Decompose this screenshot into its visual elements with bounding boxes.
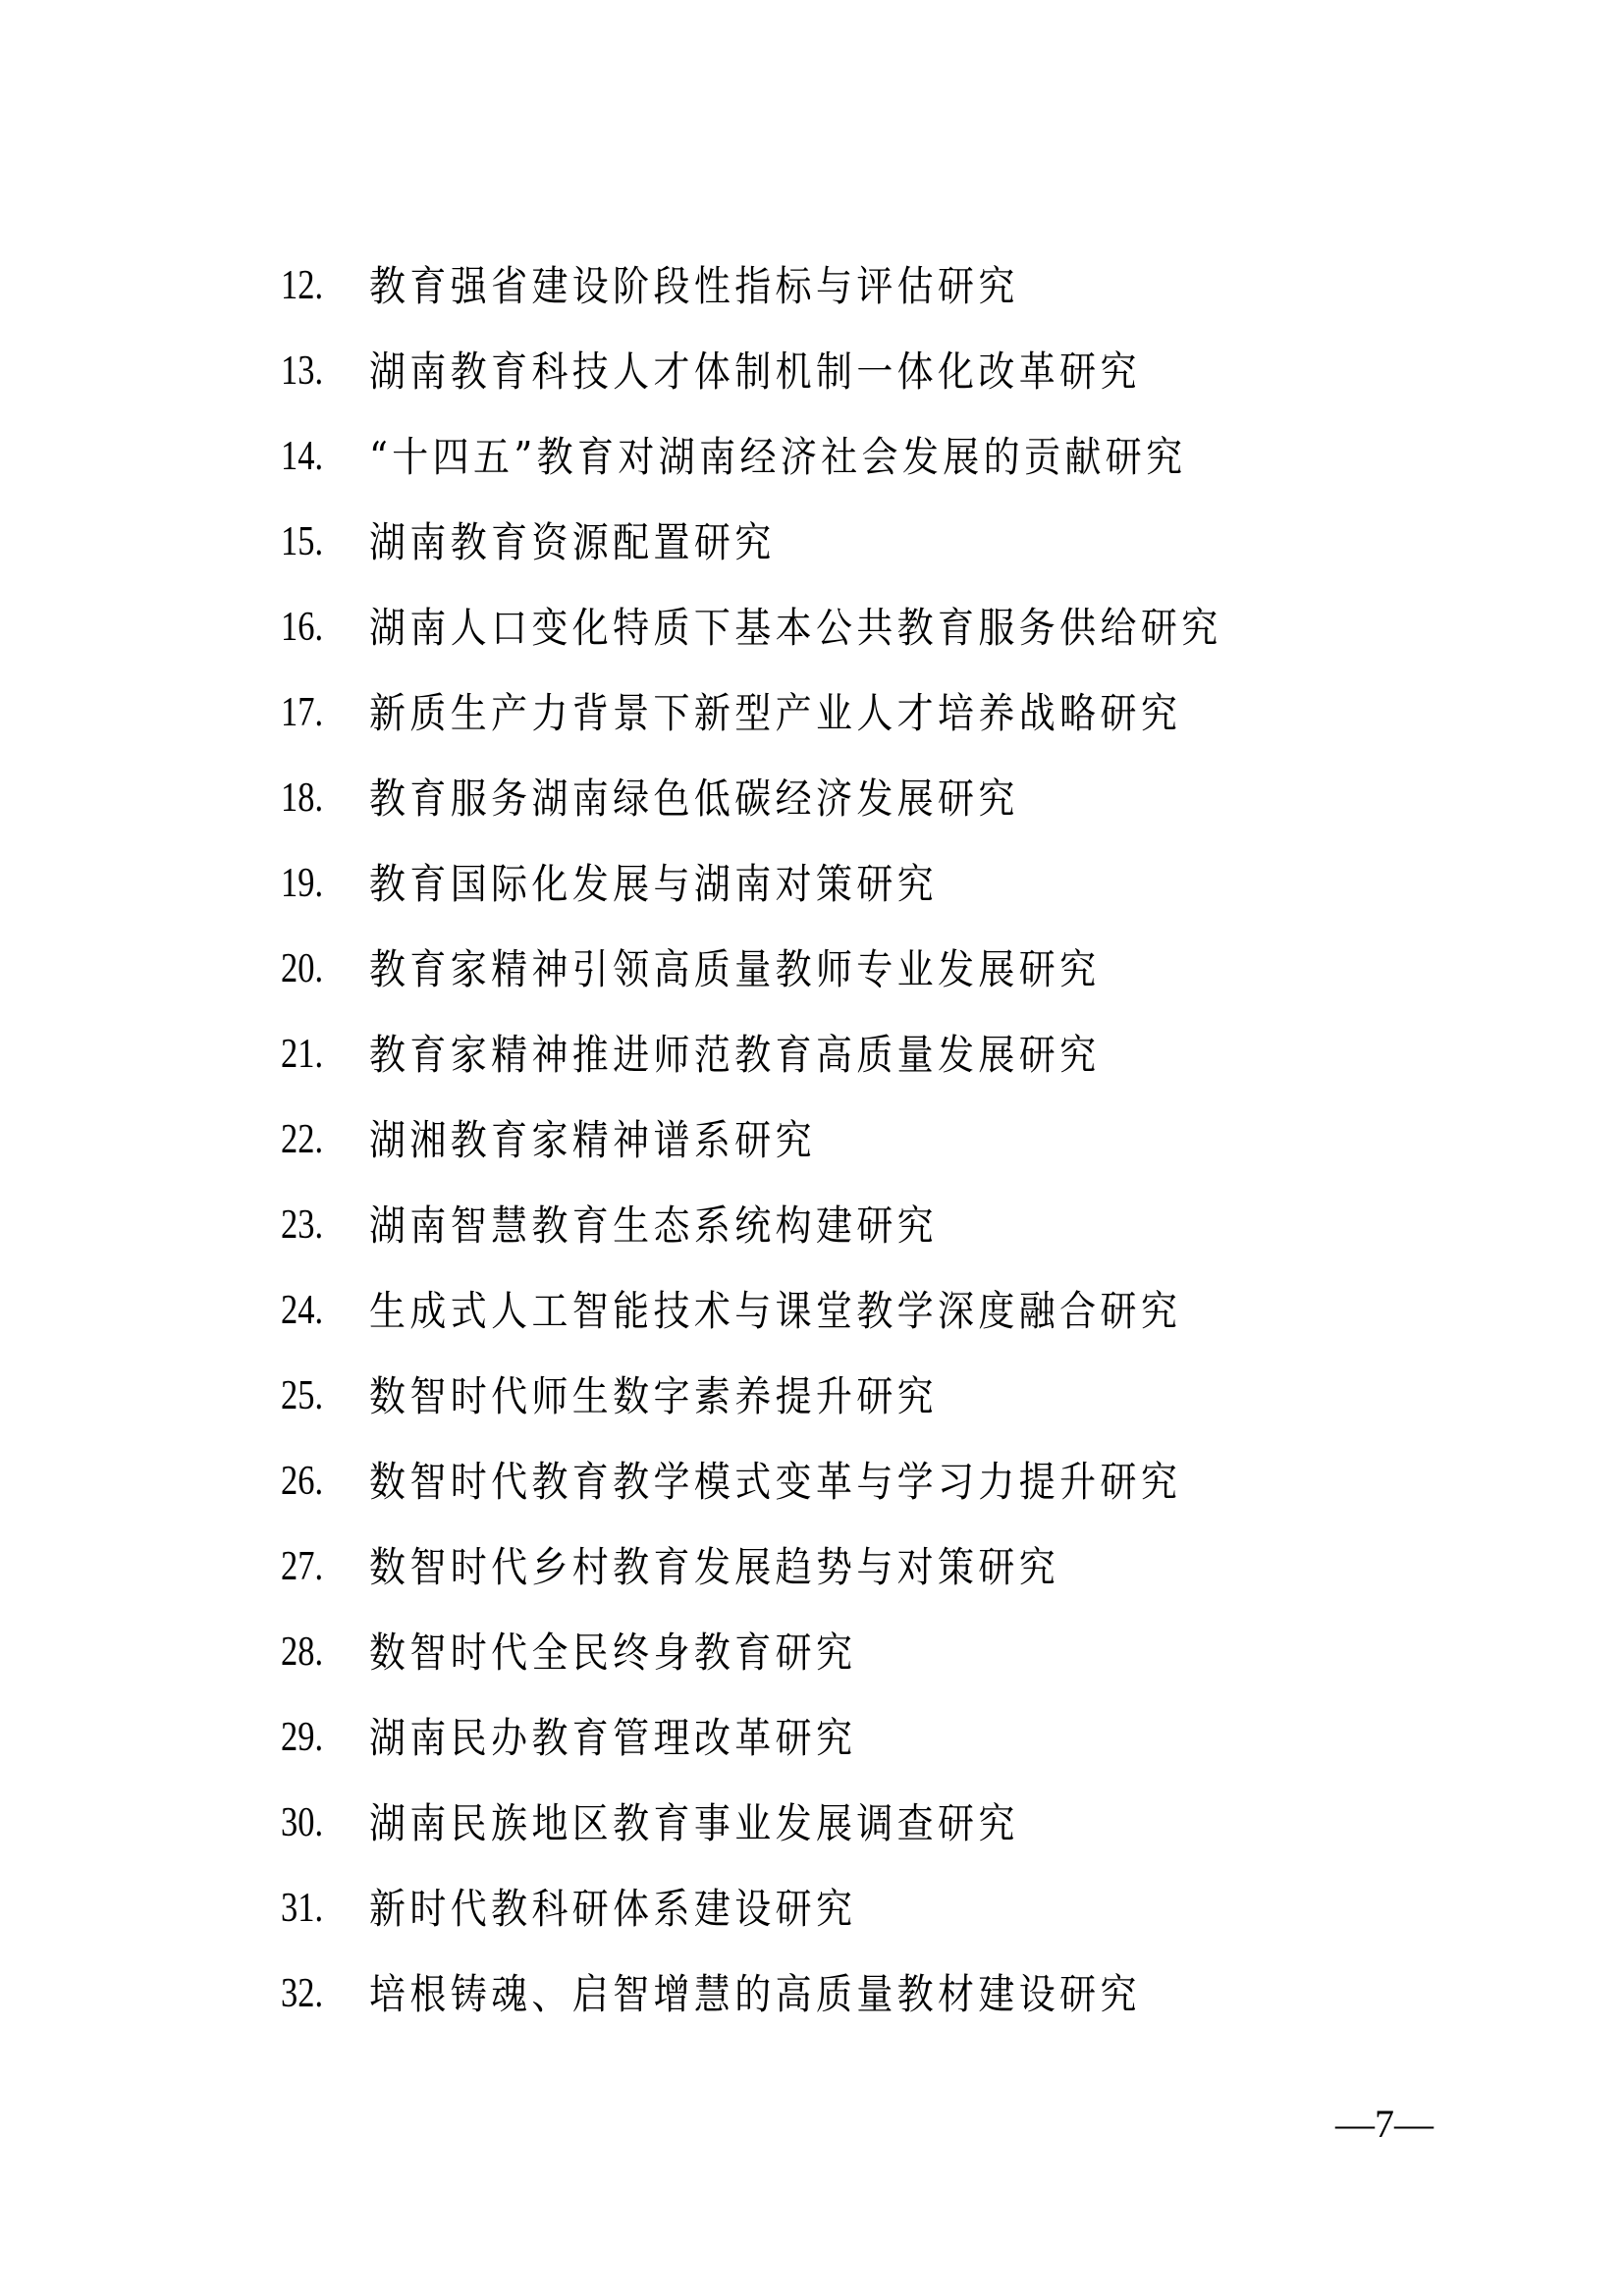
topic-title: 湖南智慧教育生态系统构建研究 — [369, 1183, 938, 1268]
topic-item: 32. 培根铸魂、启智增慧的高质量教材建设研究 — [281, 1951, 1338, 2037]
topic-item: 28. 数智时代全民终身教育研究 — [281, 1610, 1338, 1695]
topic-item: 22. 湖湘教育家精神谱系研究 — [281, 1097, 1338, 1183]
topic-number: 14. — [281, 414, 353, 500]
topic-item: 18. 教育服务湖南绿色低碳经济发展研究 — [281, 756, 1338, 841]
topic-number: 24. — [281, 1268, 353, 1354]
topic-number: 27. — [281, 1524, 353, 1610]
topic-title: 湖南民族地区教育事业发展调查研究 — [369, 1781, 1019, 1866]
topic-number: 19. — [281, 841, 353, 927]
topic-title: 教育国际化发展与湖南对策研究 — [369, 841, 938, 927]
topic-number: 17. — [281, 670, 353, 756]
topic-number: 32. — [281, 1951, 353, 2037]
topic-number: 12. — [281, 243, 353, 329]
topic-item: 29. 湖南民办教育管理改革研究 — [281, 1695, 1338, 1781]
topic-number: 18. — [281, 756, 353, 841]
page-number: —7— — [1335, 2101, 1434, 2147]
topic-number: 26. — [281, 1439, 353, 1524]
topic-title: 培根铸魂、启智增慧的高质量教材建设研究 — [369, 1951, 1141, 2037]
topic-title: “十四五”教育对湖南经济社会发展的贡献研究 — [369, 414, 1186, 500]
topic-item: 30. 湖南民族地区教育事业发展调查研究 — [281, 1781, 1338, 1866]
topic-item: 15. 湖南教育资源配置研究 — [281, 500, 1338, 585]
topic-number: 25. — [281, 1354, 353, 1439]
topic-item: 25. 数智时代师生数字素养提升研究 — [281, 1354, 1338, 1439]
topic-item: 21. 教育家精神推进师范教育高质量发展研究 — [281, 1012, 1338, 1097]
topic-title: 数智时代乡村教育发展趋势与对策研究 — [369, 1524, 1059, 1610]
topic-number: 29. — [281, 1695, 353, 1781]
topic-number: 21. — [281, 1012, 353, 1097]
topic-title: 数智时代师生数字素养提升研究 — [369, 1354, 938, 1439]
topic-number: 31. — [281, 1866, 353, 1951]
topic-title: 数智时代全民终身教育研究 — [369, 1610, 856, 1695]
topic-title: 数智时代教育教学模式变革与学习力提升研究 — [369, 1439, 1181, 1524]
topic-item: 13. 湖南教育科技人才体制机制一体化改革研究 — [281, 329, 1338, 414]
topic-item: 23. 湖南智慧教育生态系统构建研究 — [281, 1183, 1338, 1268]
topic-title: 教育家精神引领高质量教师专业发展研究 — [369, 927, 1100, 1012]
topic-item: 12. 教育强省建设阶段性指标与评估研究 — [281, 243, 1338, 329]
topic-title: 教育家精神推进师范教育高质量发展研究 — [369, 1012, 1100, 1097]
topic-item: 16. 湖南人口变化特质下基本公共教育服务供给研究 — [281, 585, 1338, 670]
topic-title: 生成式人工智能技术与课堂教学深度融合研究 — [369, 1268, 1181, 1354]
document-page: 12. 教育强省建设阶段性指标与评估研究 13. 湖南教育科技人才体制机制一体化… — [0, 0, 1624, 2296]
topic-number: 30. — [281, 1781, 353, 1866]
topic-item: 20. 教育家精神引领高质量教师专业发展研究 — [281, 927, 1338, 1012]
topic-title: 湖南教育科技人才体制机制一体化改革研究 — [369, 329, 1141, 414]
topic-number: 15. — [281, 500, 353, 585]
topic-item: 27. 数智时代乡村教育发展趋势与对策研究 — [281, 1524, 1338, 1610]
topic-item: 24. 生成式人工智能技术与课堂教学深度融合研究 — [281, 1268, 1338, 1354]
topic-title: 湖湘教育家精神谱系研究 — [369, 1097, 816, 1183]
topic-title: 新质生产力背景下新型产业人才培养战略研究 — [369, 670, 1181, 756]
topic-title: 新时代教科研体系建设研究 — [369, 1866, 856, 1951]
topic-item: 19. 教育国际化发展与湖南对策研究 — [281, 841, 1338, 927]
topic-number: 20. — [281, 927, 353, 1012]
topic-item: 31. 新时代教科研体系建设研究 — [281, 1866, 1338, 1951]
topic-number: 16. — [281, 585, 353, 670]
topic-number: 28. — [281, 1610, 353, 1695]
topic-title: 湖南人口变化特质下基本公共教育服务供给研究 — [369, 585, 1222, 670]
topic-number: 23. — [281, 1183, 353, 1268]
topic-number: 22. — [281, 1097, 353, 1183]
research-topic-list: 12. 教育强省建设阶段性指标与评估研究 13. 湖南教育科技人才体制机制一体化… — [281, 243, 1338, 2037]
topic-item: 14. “十四五”教育对湖南经济社会发展的贡献研究 — [281, 414, 1338, 500]
topic-title: 湖南教育资源配置研究 — [369, 500, 776, 585]
topic-title: 湖南民办教育管理改革研究 — [369, 1695, 856, 1781]
topic-title: 教育服务湖南绿色低碳经济发展研究 — [369, 756, 1019, 841]
topic-item: 26. 数智时代教育教学模式变革与学习力提升研究 — [281, 1439, 1338, 1524]
topic-item: 17. 新质生产力背景下新型产业人才培养战略研究 — [281, 670, 1338, 756]
topic-number: 13. — [281, 329, 353, 414]
topic-title: 教育强省建设阶段性指标与评估研究 — [369, 243, 1019, 329]
